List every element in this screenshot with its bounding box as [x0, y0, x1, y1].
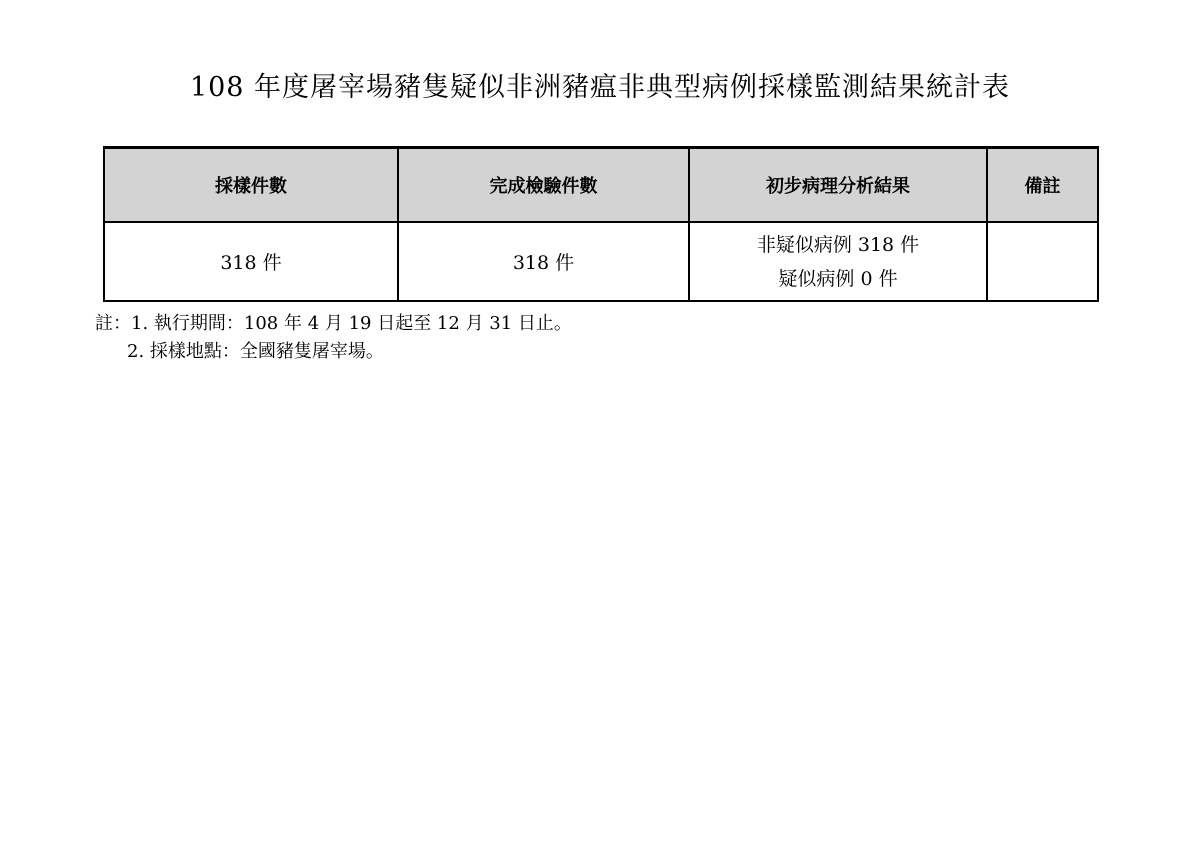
pathology-non-suspected-line: 非疑似病例 318 件: [690, 228, 986, 262]
footnotes: 註：1. 執行期間：108 年 4 月 19 日起至 12 月 31 日止。 2…: [95, 310, 572, 366]
header-sampled-count: 採樣件數: [104, 148, 398, 223]
table-header-row: 採樣件數 完成檢驗件數 初步病理分析結果 備註: [104, 148, 1098, 223]
table-row: 318 件 318 件 非疑似病例 318 件 疑似病例 0 件: [104, 222, 1098, 301]
cell-remarks: [987, 222, 1098, 301]
pathology-suspected-line: 疑似病例 0 件: [690, 262, 986, 296]
header-remarks: 備註: [987, 148, 1098, 223]
footnote-execution-period: 註：1. 執行期間：108 年 4 月 19 日起至 12 月 31 日止。: [95, 310, 572, 338]
footnote-sampling-location: 2. 採樣地點：全國豬隻屠宰場。: [95, 338, 572, 366]
cell-pathology-result: 非疑似病例 318 件 疑似病例 0 件: [689, 222, 987, 301]
cell-tested-count: 318 件: [398, 222, 689, 301]
stats-table: 採樣件數 完成檢驗件數 初步病理分析結果 備註 318 件 318 件 非疑似病…: [103, 146, 1099, 302]
header-tested-count: 完成檢驗件數: [398, 148, 689, 223]
header-pathology-result: 初步病理分析結果: [689, 148, 987, 223]
cell-sampled-count: 318 件: [104, 222, 398, 301]
page-title: 108 年度屠宰場豬隻疑似非洲豬瘟非典型病例採樣監測結果統計表: [0, 70, 1200, 106]
document-page: 108 年度屠宰場豬隻疑似非洲豬瘟非典型病例採樣監測結果統計表 採樣件數 完成檢…: [0, 0, 1200, 849]
